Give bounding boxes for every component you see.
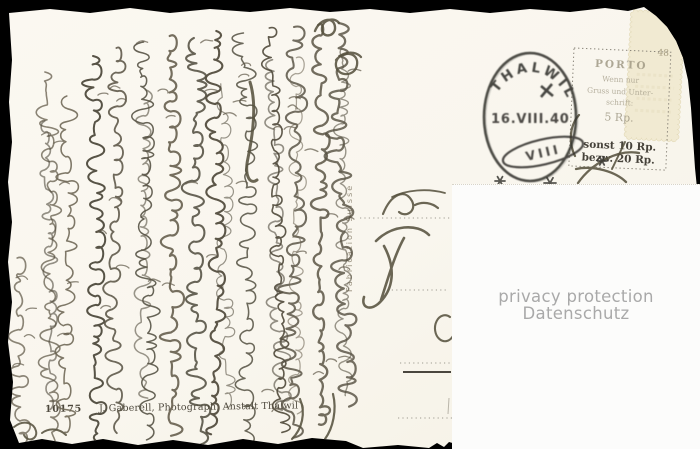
privacy-overlay: privacy protection Datenschutz — [452, 184, 700, 449]
porto-faded-line: Gruss und Unter- — [587, 86, 654, 98]
imprint-publisher: J. Gaberell, Photograph. Anstalt Thalwil — [98, 400, 298, 414]
privacy-text-de: Datenschutz — [452, 306, 700, 323]
porto-title: PORTO — [595, 58, 648, 72]
stamp-number: 48. — [657, 48, 672, 59]
fabrication-label: Fabrication Suisse — [345, 184, 354, 292]
handwriting-message-layer — [9, 23, 361, 448]
porto-faded-line: Wenn nur — [602, 74, 640, 85]
porto-faded-line: schrift: — [606, 97, 634, 107]
paper-crease — [448, 398, 449, 414]
postmark-date: 16.VIII.40 — [491, 112, 570, 127]
postmark-cross-mark — [541, 84, 553, 97]
porto-rate: 5 Rp. — [604, 110, 634, 124]
postcard-scan: 48. 10175 J. Gaberell, Photograph. Ansta… — [0, 0, 700, 449]
